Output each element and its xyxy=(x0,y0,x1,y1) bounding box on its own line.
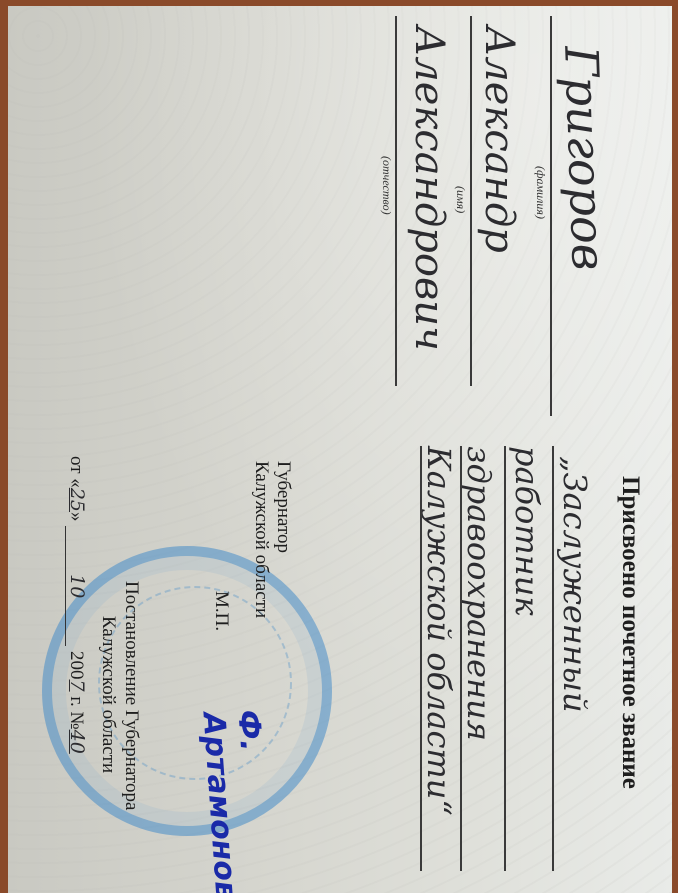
decree-date: от «25» 10 2007 г. №40 xyxy=(65,456,88,754)
certificate-photo: Григоров (фамилия) Александр (имя) Алекс… xyxy=(8,6,672,893)
date-year-digit: 7 xyxy=(66,680,88,692)
signatory-region: Калужской области xyxy=(250,461,272,618)
title-underline-4 xyxy=(421,446,423,871)
certificate-heading: Присвоено почетное звание xyxy=(616,476,644,789)
name-underline xyxy=(471,16,473,386)
date-close-quote: » xyxy=(66,512,87,522)
patronymic-value: Александрович xyxy=(406,26,452,351)
title-underline-1 xyxy=(553,446,555,871)
patronymic-underline xyxy=(396,16,398,386)
title-line-3: здравоохранения xyxy=(460,446,498,741)
date-month: 10 xyxy=(65,526,88,646)
title-line-2: работник xyxy=(508,446,546,616)
title-line-4: Калужской области“ xyxy=(420,446,458,816)
date-prefix: от « xyxy=(66,456,87,488)
surname-underline xyxy=(551,16,553,416)
title-underline-2 xyxy=(505,446,507,871)
name-label: (имя) xyxy=(453,186,468,213)
patronymic-label: (отчество) xyxy=(379,156,394,215)
date-year-prefix: 200 xyxy=(66,651,87,680)
date-year-suffix: г. № xyxy=(66,696,87,729)
date-day: 25 xyxy=(66,488,88,512)
certificate-spread: Григоров (фамилия) Александр (имя) Алекс… xyxy=(8,6,672,893)
title-underline-3 xyxy=(461,446,463,871)
decree-number: 40 xyxy=(66,730,88,754)
decree-line-1: Постановление Губернатора xyxy=(120,581,142,810)
decree-line-2: Калужской области xyxy=(97,616,119,773)
title-line-1: „Заслуженный xyxy=(556,456,594,713)
name-value: Александр xyxy=(476,26,522,253)
surname-value: Григоров xyxy=(554,45,616,271)
signatory-role: Губернатор xyxy=(272,461,294,553)
seal-mark: М.П. xyxy=(210,591,232,631)
governor-signature: Ф. Артамонов xyxy=(196,709,279,893)
surname-label: (фамилия) xyxy=(533,166,548,219)
